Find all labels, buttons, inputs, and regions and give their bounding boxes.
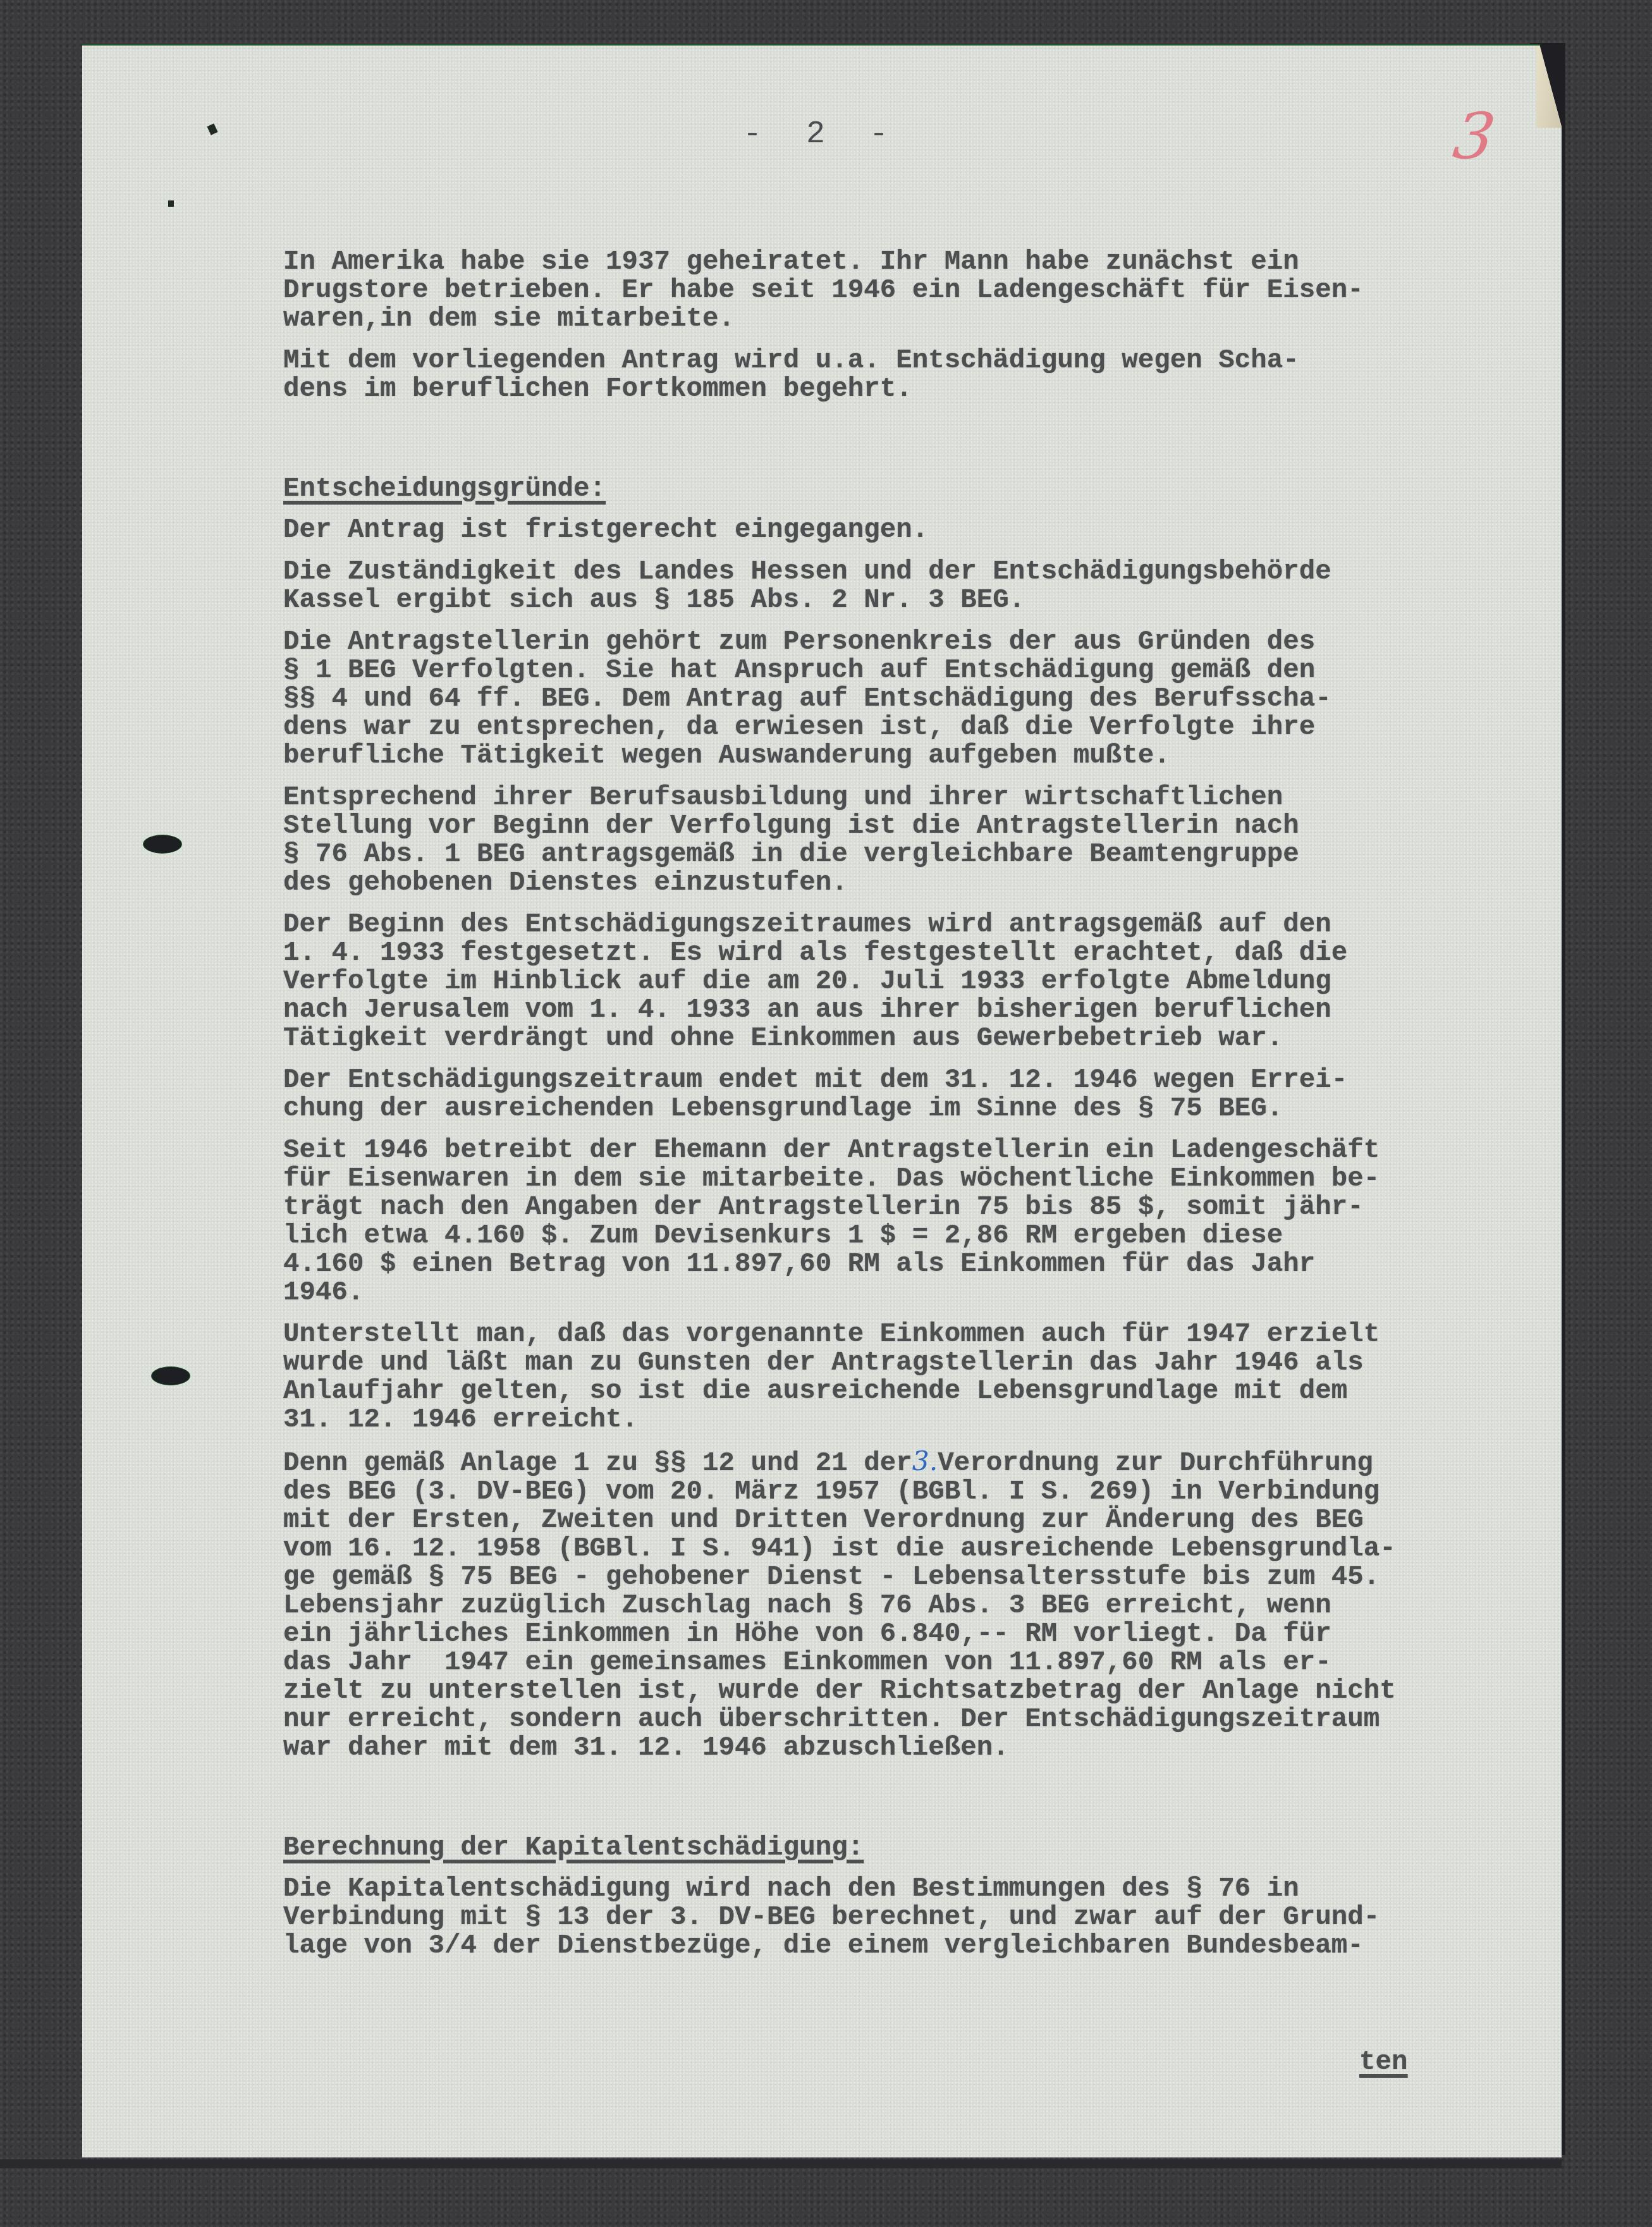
text-line: Drugstore betrieben. Er habe seit 1946 e…: [283, 275, 1364, 305]
text-line: Anlaufjahr gelten, so ist die ausreichen…: [283, 1376, 1347, 1406]
text-line: 1946.: [283, 1277, 364, 1308]
text-line: Entsprechend ihrer Berufsausbildung und …: [283, 782, 1283, 813]
text-line: Die Antragstellerin gehört zum Personenk…: [283, 627, 1315, 657]
text-line: Lebensjahr zuzüglich Zuschlag nach § 76 …: [283, 1590, 1331, 1621]
text-line: des gehobenen Dienstes einzustufen.: [283, 868, 848, 898]
text-line: Mit dem vorliegenden Antrag wird u.a. En…: [283, 345, 1299, 376]
text-line: berufliche Tätigkeit wegen Auswanderung …: [283, 740, 1170, 771]
text-line: ge gemäß § 75 BEG - gehobener Dienst - L…: [283, 1562, 1380, 1592]
text-line: In Amerika habe sie 1937 geheiratet. Ihr…: [283, 247, 1299, 277]
text-line: Der Antrag ist fristgerecht eingegangen.: [283, 515, 928, 545]
punch-hole: [152, 1367, 190, 1385]
text-line: zielt zu unterstellen ist, wurde der Ric…: [283, 1676, 1396, 1706]
text-line: wurde und läßt man zu Gunsten der Antrag…: [283, 1347, 1364, 1378]
text-line: 1. 4. 1933 festgesetzt. Es wird als fest…: [283, 938, 1347, 968]
text-line: nur erreicht, sondern auch überschritten…: [283, 1704, 1380, 1734]
paragraph: Unterstellt man, daß das vorgenannte Ein…: [283, 1320, 1567, 1434]
text-line: waren,in dem sie mitarbeite.: [283, 304, 735, 334]
text-line: lage von 3/4 der Dienstbezüge, die einem…: [283, 1930, 1364, 1961]
margin-mark: [168, 200, 174, 207]
text-line: mit der Ersten, Zweiten und Dritten Vero…: [283, 1505, 1364, 1535]
text-line: Tätigkeit verdrängt und ohne Einkommen a…: [283, 1023, 1283, 1053]
text-line: Der Beginn des Entschädigungszeitraumes …: [283, 909, 1331, 940]
archive-page-annotation: 3: [1449, 99, 1500, 173]
text-line: war daher mit dem 31. 12. 1946 abzuschli…: [283, 1733, 1009, 1763]
text-line: Stellung vor Beginn der Verfolgung ist d…: [283, 811, 1299, 841]
binder-edge: [0, 2159, 1562, 2168]
text-line: lich etwa 4.160 $. Zum Devisenkurs 1 $ =…: [283, 1220, 1283, 1251]
text-line: dens war zu entsprechen, da erwiesen ist…: [283, 712, 1315, 742]
paragraph: In Amerika habe sie 1937 geheiratet. Ihr…: [283, 248, 1567, 333]
paragraph: Die Zuständigkeit des Landes Hessen und …: [283, 558, 1567, 615]
section-heading-reasons: Entscheidungsgründe:: [283, 475, 606, 503]
text-line: chung der ausreichenden Lebensgrundlage …: [283, 1093, 1283, 1124]
paragraph: Der Antrag ist fristgerecht eingegangen.: [283, 516, 1567, 544]
text-line: nach Jerusalem vom 1. 4. 1933 an aus ihr…: [283, 995, 1331, 1025]
reasons-section: Der Antrag ist fristgerecht eingegangen.…: [283, 516, 1567, 1434]
text-line: dens im beruflichen Fortkommen begehrt.: [283, 374, 912, 404]
text-line: Die Kapitalentschädigung wird nach den B…: [283, 1874, 1299, 1904]
paragraph: Seit 1946 betreibt der Ehemann der Antra…: [283, 1136, 1567, 1307]
text-line: Der Entschädigungszeitraum endet mit dem…: [283, 1065, 1347, 1095]
text-line: trägt nach den Angaben der Antragsteller…: [283, 1192, 1364, 1222]
text-line: 4.160 $ einen Betrag von 11.897,60 RM al…: [283, 1249, 1315, 1279]
text-line: für Eisenwaren in dem sie mitarbeite. Da…: [283, 1163, 1380, 1194]
paragraph: Mit dem vorliegenden Antrag wird u.a. En…: [283, 347, 1567, 403]
text-line: 31. 12. 1946 erreicht.: [283, 1404, 638, 1435]
text-line: des BEG (3. DV-BEG) vom 20. März 1957 (B…: [283, 1476, 1380, 1507]
text-line: das Jahr 1947 ein gemeinsames Einkommen …: [283, 1647, 1331, 1678]
text-line: Denn gemäß Anlage 1 zu §§ 12 und 21 der: [283, 1448, 912, 1478]
paragraph: Der Beginn des Entschädigungszeitraumes …: [283, 911, 1567, 1053]
document-body: In Amerika habe sie 1937 geheiratet. Ihr…: [283, 248, 1567, 1973]
paragraph: Der Entschädigungszeitraum endet mit dem…: [283, 1066, 1567, 1123]
text-line: Die Zuständigkeit des Landes Hessen und …: [283, 556, 1331, 587]
text-line: § 76 Abs. 1 BEG antragsgemäß in die verg…: [283, 839, 1299, 869]
text-line: Verfolgte im Hinblick auf die am 20. Jul…: [283, 966, 1331, 997]
text-line: § 1 BEG Verfolgten. Sie hat Anspruch auf…: [283, 655, 1315, 685]
paragraph-legal-basis: Denn gemäß Anlage 1 zu §§ 12 und 21 der3…: [283, 1447, 1567, 1762]
continuation-word: ten: [1359, 2047, 1408, 2077]
paragraph: Die Antragstellerin gehört zum Personenk…: [283, 628, 1567, 770]
punch-hole: [144, 835, 181, 853]
page-number: - 2 -: [82, 116, 1562, 152]
text-line: Kassel ergibt sich aus § 185 Abs. 2 Nr. …: [283, 585, 1025, 615]
text-line: §§ 4 und 64 ff. BEG. Dem Antrag auf Ents…: [283, 684, 1331, 714]
text-line: Verordnung zur Durchführung: [938, 1448, 1373, 1478]
section-heading-calculation: Berechnung der Kapitalentschädigung:: [283, 1834, 864, 1862]
text-line: Verbindung mit § 13 der 3. DV-BEG berech…: [283, 1902, 1380, 1932]
paragraph: Die Kapitalentschädigung wird nach den B…: [283, 1875, 1567, 1960]
document-page: - 2 - 3 In Amerika habe sie 1937 geheira…: [82, 44, 1562, 2157]
text-line: Unterstellt man, daß das vorgenannte Ein…: [283, 1319, 1380, 1349]
paragraph: Entsprechend ihrer Berufsausbildung und …: [283, 783, 1567, 897]
text-line: ein jährliches Einkommen in Höhe von 6.8…: [283, 1619, 1331, 1649]
text-line: vom 16. 12. 1958 (BGBl. I S. 941) ist di…: [283, 1533, 1396, 1564]
text-line: Seit 1946 betreibt der Ehemann der Antra…: [283, 1135, 1380, 1165]
intro-section: In Amerika habe sie 1937 geheiratet. Ihr…: [283, 248, 1567, 403]
calculation-section: Die Kapitalentschädigung wird nach den B…: [283, 1875, 1567, 1960]
handwritten-annotation: 3.: [912, 1446, 938, 1477]
